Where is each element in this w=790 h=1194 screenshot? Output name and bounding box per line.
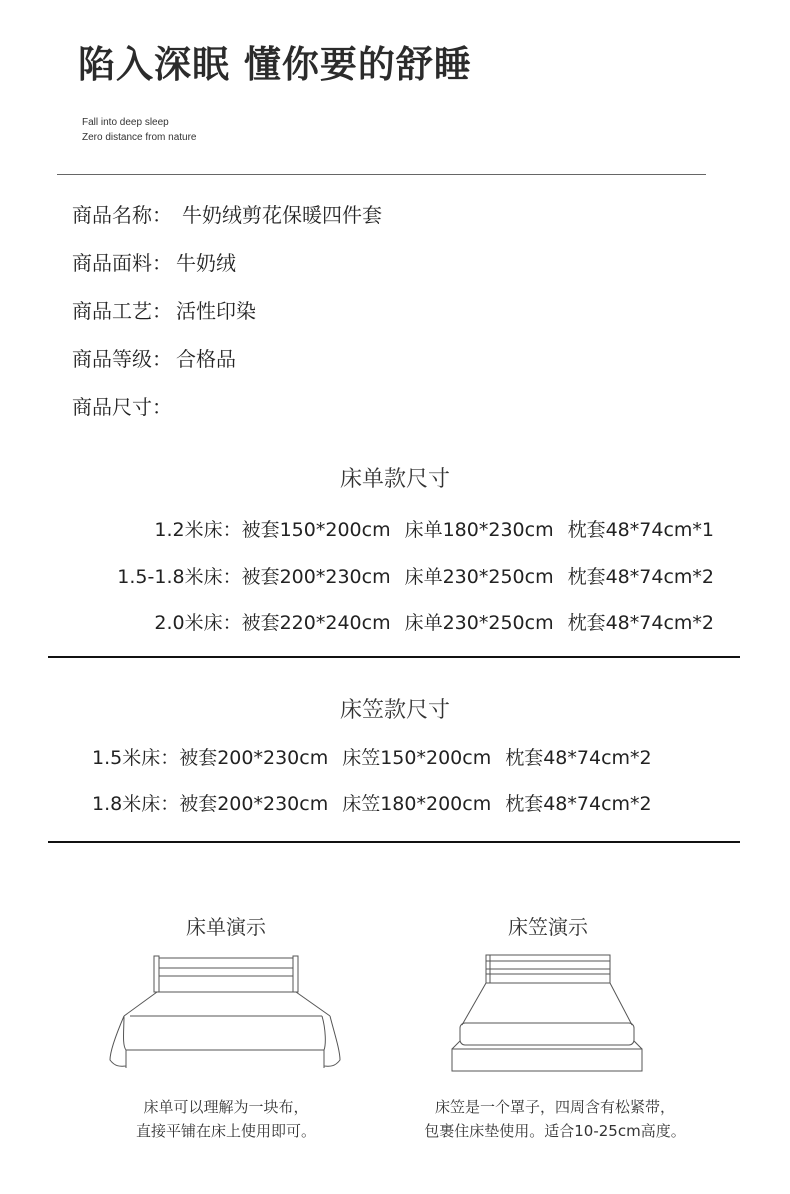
info-label: 商品等级： [72,347,172,371]
info-row-fabric: 商品面料：牛奶绒 [72,247,236,276]
info-label: 商品尺寸： [72,395,172,419]
size-row: 2.0米床：被套220*240cm床单230*250cm枕套48*74cm*2 [154,608,714,635]
bed-size: 2.0米床： [154,608,241,635]
sheet-size: 床单230*250cm [405,608,554,635]
info-value: 牛奶绒 [176,251,236,275]
bed-size: 1.5米床： [92,743,179,770]
info-row-size: 商品尺寸： [72,391,176,420]
pillow-size: 枕套48*74cm*2 [505,743,651,770]
info-label: 商品名称： [72,203,172,227]
pillow-size: 枕套48*74cm*2 [568,608,714,635]
info-row-grade: 商品等级：合格品 [72,343,236,372]
flat-sheet-bed-icon [100,950,350,1075]
duvet-size: 被套220*240cm [242,608,391,635]
flat-sheet-demo-title: 床单演示 [96,911,356,940]
bed-size: 1.8米床： [92,789,179,816]
subtitle-line-1: Fall into deep sleep [82,117,169,128]
size-row: 1.5米床：被套200*230cm床笠150*200cm枕套48*74cm*2 [92,743,652,770]
duvet-size: 被套200*230cm [242,562,391,589]
sheet-size: 床笠150*200cm [342,743,491,770]
flat-sheet-demo-desc-2: 直接平铺在床上使用即可。 [96,1119,356,1143]
flat-sheet-section-title: 床单款尺寸 [0,462,790,493]
subtitle-line-2: Zero distance from nature [82,132,197,143]
sheet-size: 床单180*230cm [405,515,554,542]
sheet-size: 床单230*250cm [405,562,554,589]
info-label: 商品工艺： [72,299,172,323]
fitted-sheet-demo-desc-2: 包裹住床垫使用。适合10-25cm高度。 [390,1119,720,1143]
info-label: 商品面料： [72,251,172,275]
pillow-size: 枕套48*74cm*1 [568,515,714,542]
section-divider [48,841,740,843]
duvet-size: 被套150*200cm [242,515,391,542]
info-value: 合格品 [176,347,236,371]
info-value: 牛奶绒剪花保暖四件套 [182,203,382,227]
section-divider [48,656,740,658]
bed-size: 1.2米床： [154,515,241,542]
pillow-size: 枕套48*74cm*2 [505,789,651,816]
info-value: 活性印染 [176,299,256,323]
duvet-size: 被套200*230cm [179,743,328,770]
bed-size: 1.5-1.8米床： [117,562,241,589]
fitted-sheet-demo-desc-1: 床笠是一个罩子，四周含有松紧带， [390,1095,720,1119]
flat-sheet-demo-desc-1: 床单可以理解为一块布， [96,1095,356,1119]
sheet-size: 床笠180*200cm [342,789,491,816]
page-headline: 陷入深眠 懂你要的舒睡 [78,34,472,88]
size-row: 1.8米床：被套200*230cm床笠180*200cm枕套48*74cm*2 [92,789,652,816]
size-row: 1.5-1.8米床：被套200*230cm床单230*250cm枕套48*74c… [117,562,714,589]
header-divider [57,174,706,175]
duvet-size: 被套200*230cm [179,789,328,816]
fitted-sheet-bed-icon [440,945,660,1075]
fitted-sheet-section-title: 床笠款尺寸 [0,693,790,724]
info-row-craft: 商品工艺：活性印染 [72,295,256,324]
size-row: 1.2米床：被套150*200cm床单180*230cm枕套48*74cm*1 [154,515,714,542]
info-row-name: 商品名称：牛奶绒剪花保暖四件套 [72,199,382,228]
fitted-sheet-demo-title: 床笠演示 [418,911,678,940]
pillow-size: 枕套48*74cm*2 [568,562,714,589]
